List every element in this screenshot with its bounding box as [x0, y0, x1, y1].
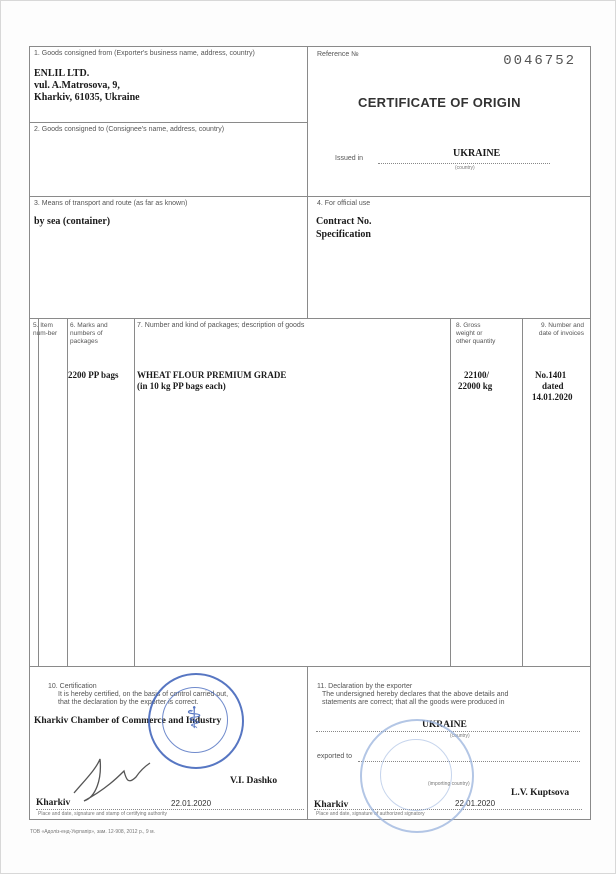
invoice-date: 14.01.2020: [532, 391, 573, 403]
marks-value: 2200 PP bags: [68, 369, 119, 381]
header-invoices: 9. Number and date of invoices: [528, 322, 584, 338]
box-1-label: 1. Goods consigned from (Exporter's busi…: [34, 50, 264, 58]
certificate-header: Reference № 0046752 CERTIFICATE OF ORIGI…: [308, 47, 590, 197]
certifier-signatory: V.I. Dashko: [230, 775, 277, 787]
col-description: 7. Number and kind of packages; descript…: [134, 319, 451, 666]
box-11-label: 11. Declaration by the exporter: [317, 683, 412, 691]
weight-line-2: 22000 kg: [458, 380, 492, 392]
col-weight: 8. Gross weight or other quantity 22100/…: [450, 319, 523, 666]
chamber-stamp: ⚕: [148, 673, 244, 769]
declaration-text-1: The undersigned hereby declares that the…: [322, 691, 508, 699]
exporter-signatory: L.V. Kuptsova: [511, 787, 569, 799]
box-10-label: 10. Certification: [48, 683, 97, 691]
col-marks: 6. Marks and numbers of packages 2200 PP…: [67, 319, 135, 666]
issued-in-label: Issued in: [335, 155, 363, 163]
exporter-street: vul. A.Matrosova, 9,: [34, 80, 120, 92]
reference-number: 0046752: [503, 53, 576, 69]
box-4-label: 4. For official use: [317, 200, 370, 208]
goods-table: 5. Item num-ber 6. Marks and numbers of …: [30, 319, 590, 667]
box-3-transport: 3. Means of transport and route (as far …: [30, 197, 308, 319]
description-line-2: (in 10 kg PP bags each): [137, 380, 226, 392]
exporter-stamp-inner-ring: [380, 739, 452, 811]
printer-footer: ТОВ «Адоліз-енд-Укрпапір», зам. 12-908, …: [30, 829, 155, 835]
box-2-consignee: 2. Goods consigned to (Consignee's name,…: [30, 123, 308, 197]
certificate-title: CERTIFICATE OF ORIGIN: [358, 95, 521, 110]
caduceus-icon: ⚕: [186, 701, 202, 737]
certification-line: [36, 809, 304, 810]
country-caption: (country): [455, 165, 475, 171]
certification-caption: Place and date, signature and stamp of c…: [38, 811, 167, 817]
box-11-declaration: 11. Declaration by the exporter The unde…: [308, 667, 590, 819]
box-3-label: 3. Means of transport and route (as far …: [34, 200, 187, 208]
issued-in-country: UKRAINE: [453, 148, 500, 160]
certifier-signature: [66, 749, 156, 805]
exporter-stamp: [360, 719, 474, 833]
header-marks: 6. Marks and numbers of packages: [70, 322, 128, 346]
issued-in-line: [378, 163, 550, 164]
header-description: 7. Number and kind of packages; descript…: [137, 322, 304, 330]
col-item-spacer: [38, 319, 68, 666]
certification-date: 22.01.2020: [171, 800, 211, 808]
exported-to-label: exported to: [317, 753, 352, 761]
contract-label: Contract No.: [316, 216, 372, 228]
exporter-city: Kharkiv, 61035, Ukraine: [34, 92, 140, 104]
specification-label: Specification: [316, 229, 371, 241]
box-10-certification: 10. Certification It is hereby certified…: [30, 667, 308, 819]
header-weight: 8. Gross weight or other quantity: [456, 322, 496, 346]
certificate-form: 1. Goods consigned from (Exporter's busi…: [29, 46, 591, 820]
box-4-official-use: 4. For official use Contract No. Specifi…: [308, 197, 590, 319]
reference-label: Reference №: [317, 51, 359, 59]
transport-value: by sea (container): [34, 216, 110, 228]
box-1-consignor: 1. Goods consigned from (Exporter's busi…: [30, 47, 308, 123]
declaration-text-2: statements are correct; that all the goo…: [322, 699, 505, 707]
exporter-name: ENLIL LTD.: [34, 68, 89, 80]
col-invoices: 9. Number and date of invoices No.1401 d…: [522, 319, 590, 666]
box-2-label: 2. Goods consigned to (Consignee's name,…: [34, 126, 224, 134]
